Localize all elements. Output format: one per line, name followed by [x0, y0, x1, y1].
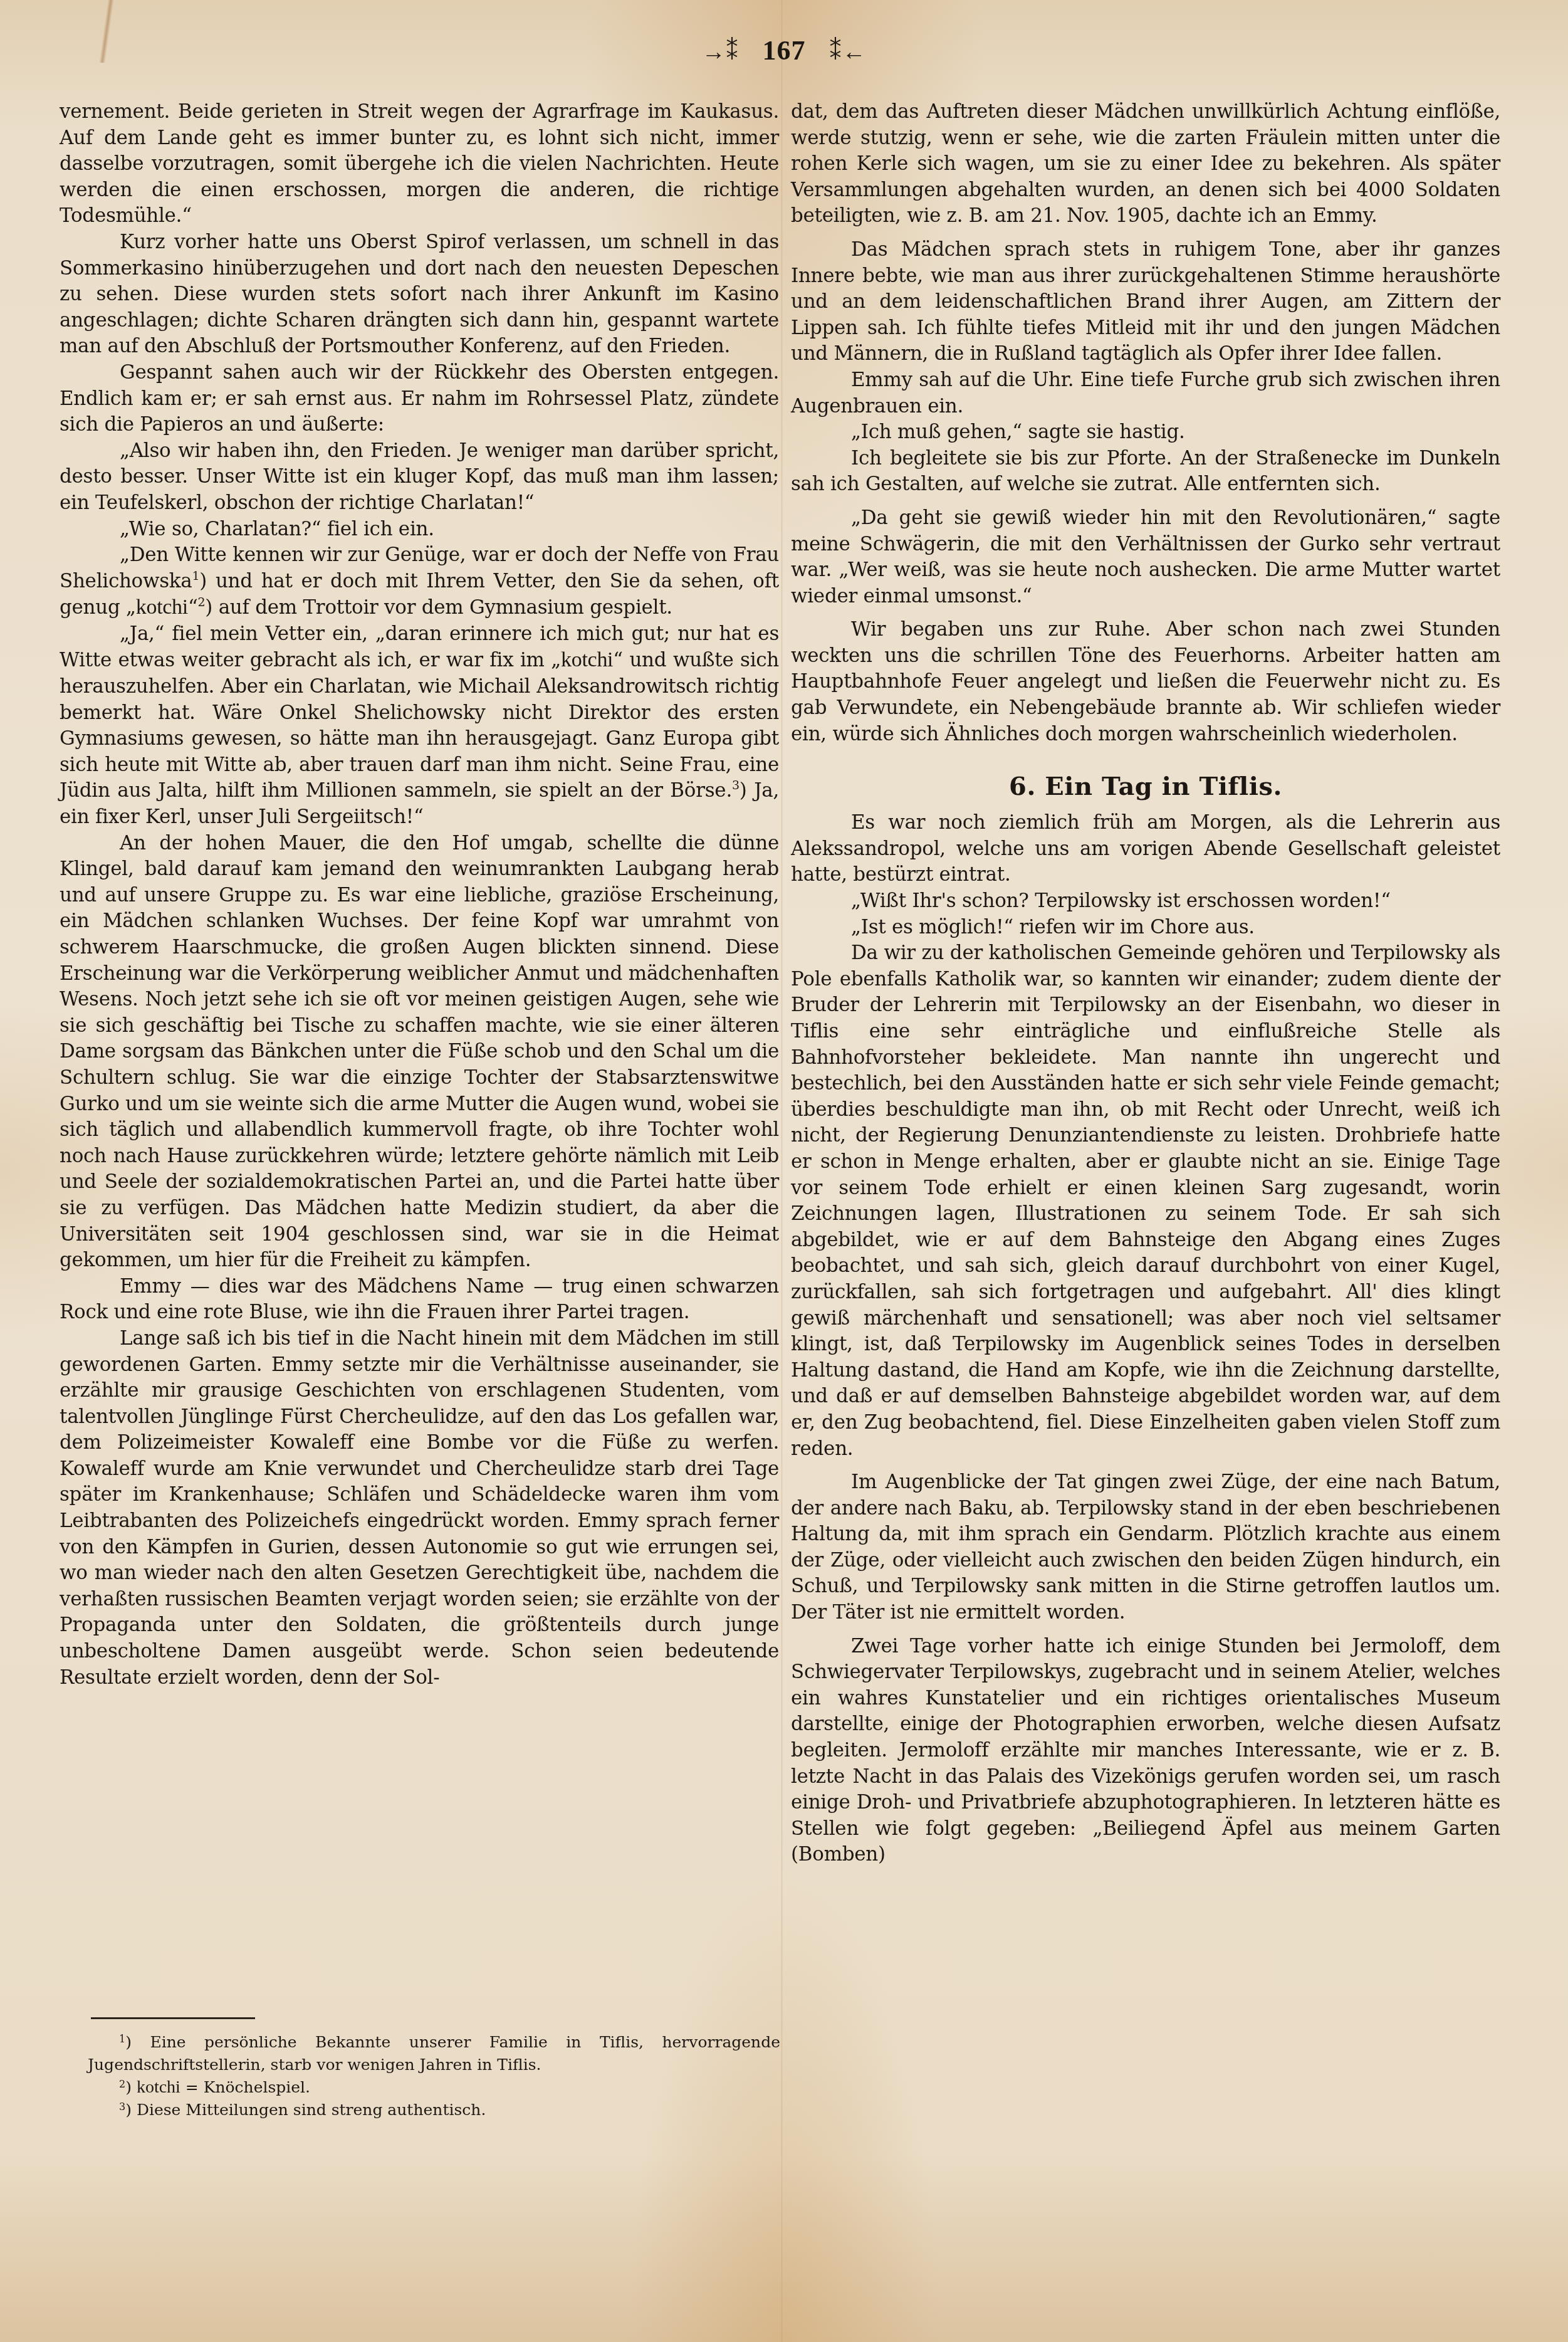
paragraph: Im Augenblicke der Tat gingen zwei Züge,…: [791, 1469, 1500, 1626]
paragraph: „Da geht sie gewiß wieder hin mit den Re…: [791, 505, 1500, 609]
footnotes: 1) Eine persönliche Bekannte unserer Fam…: [88, 2031, 780, 2121]
left-column: vernement. Beide gerieten in Streit wege…: [60, 99, 779, 1691]
latin-word: kotchi: [561, 648, 613, 671]
footnote-2: 2) kotchi = Knöchelspiel.: [88, 2076, 780, 2099]
paragraph: „Wie so, Charlatan?“ fiel ich ein.: [60, 517, 779, 543]
paragraph: An der hohen Mauer, die den Hof umgab, s…: [60, 831, 779, 1274]
footnote-ref[interactable]: 2: [198, 596, 206, 609]
footnote-1: 1) Eine persönliche Bekannte unserer Fam…: [88, 2031, 780, 2076]
paragraph: „Ich muß gehen,“ sagte sie hastig.: [791, 419, 1500, 446]
paragraph: „Den Witte kennen wir zur Genüge, war er…: [60, 542, 779, 621]
paragraph: Das Mädchen sprach stets in ruhigem Tone…: [791, 237, 1500, 367]
page-number: 167: [763, 35, 806, 66]
ornament-right-icon: ⁑←: [830, 39, 867, 65]
paragraph: „Ja,“ fiel mein Vetter ein, „daran erinn…: [60, 621, 779, 831]
ornament-left-icon: →⁑: [702, 39, 739, 65]
paragraph: Wir begaben uns zur Ruhe. Aber schon nac…: [791, 617, 1500, 747]
paragraph: „Wißt Ihr's schon? Terpilowsky ist ersch…: [791, 888, 1500, 915]
footnote-ref[interactable]: 1: [192, 569, 199, 583]
footnote-ref[interactable]: 3: [732, 779, 740, 792]
section-heading: 6. Ein Tag in Tiflis.: [791, 772, 1500, 801]
paragraph: „Also wir haben ihn, den Frieden. Je wen…: [60, 438, 779, 517]
paragraph: Lange saß ich bis tief in die Nacht hine…: [60, 1326, 779, 1691]
right-column: dat, dem das Auftreten dieser Mädchen un…: [791, 99, 1500, 1868]
paragraph: Zwei Tage vorher hatte ich einige Stunde…: [791, 1634, 1500, 1868]
paragraph: vernement. Beide gerieten in Streit wege…: [60, 99, 779, 229]
footnote-divider: [91, 2017, 255, 2019]
latin-word: kotchi: [136, 596, 188, 619]
paragraph: Emmy sah auf die Uhr. Eine tiefe Furche …: [791, 367, 1500, 419]
paragraph: Es war noch ziemlich früh am Morgen, als…: [791, 810, 1500, 888]
paragraph: dat, dem das Auftreten dieser Mädchen un…: [791, 99, 1500, 229]
footnote-3: 3) Diese Mitteilungen sind streng authen…: [88, 2099, 780, 2121]
paragraph: Da wir zu der katholischen Gemeinde gehö…: [791, 940, 1500, 1462]
column-fold-line: [781, 0, 783, 2342]
paragraph: Gespannt sahen auch wir der Rückkehr des…: [60, 360, 779, 438]
paragraph: Ich begleitete sie bis zur Pforte. An de…: [791, 446, 1500, 498]
paragraph: Kurz vorher hatte uns Oberst Spirof verl…: [60, 229, 779, 360]
page-header: →⁑ 167 ⁑←: [0, 34, 1568, 66]
paragraph: „Ist es möglich!“ riefen wir im Chore au…: [791, 915, 1500, 941]
paragraph: Emmy — dies war des Mädchens Name — trug…: [60, 1274, 779, 1326]
magazine-page: →⁑ 167 ⁑← vernement. Beide gerieten in S…: [0, 0, 1568, 2342]
